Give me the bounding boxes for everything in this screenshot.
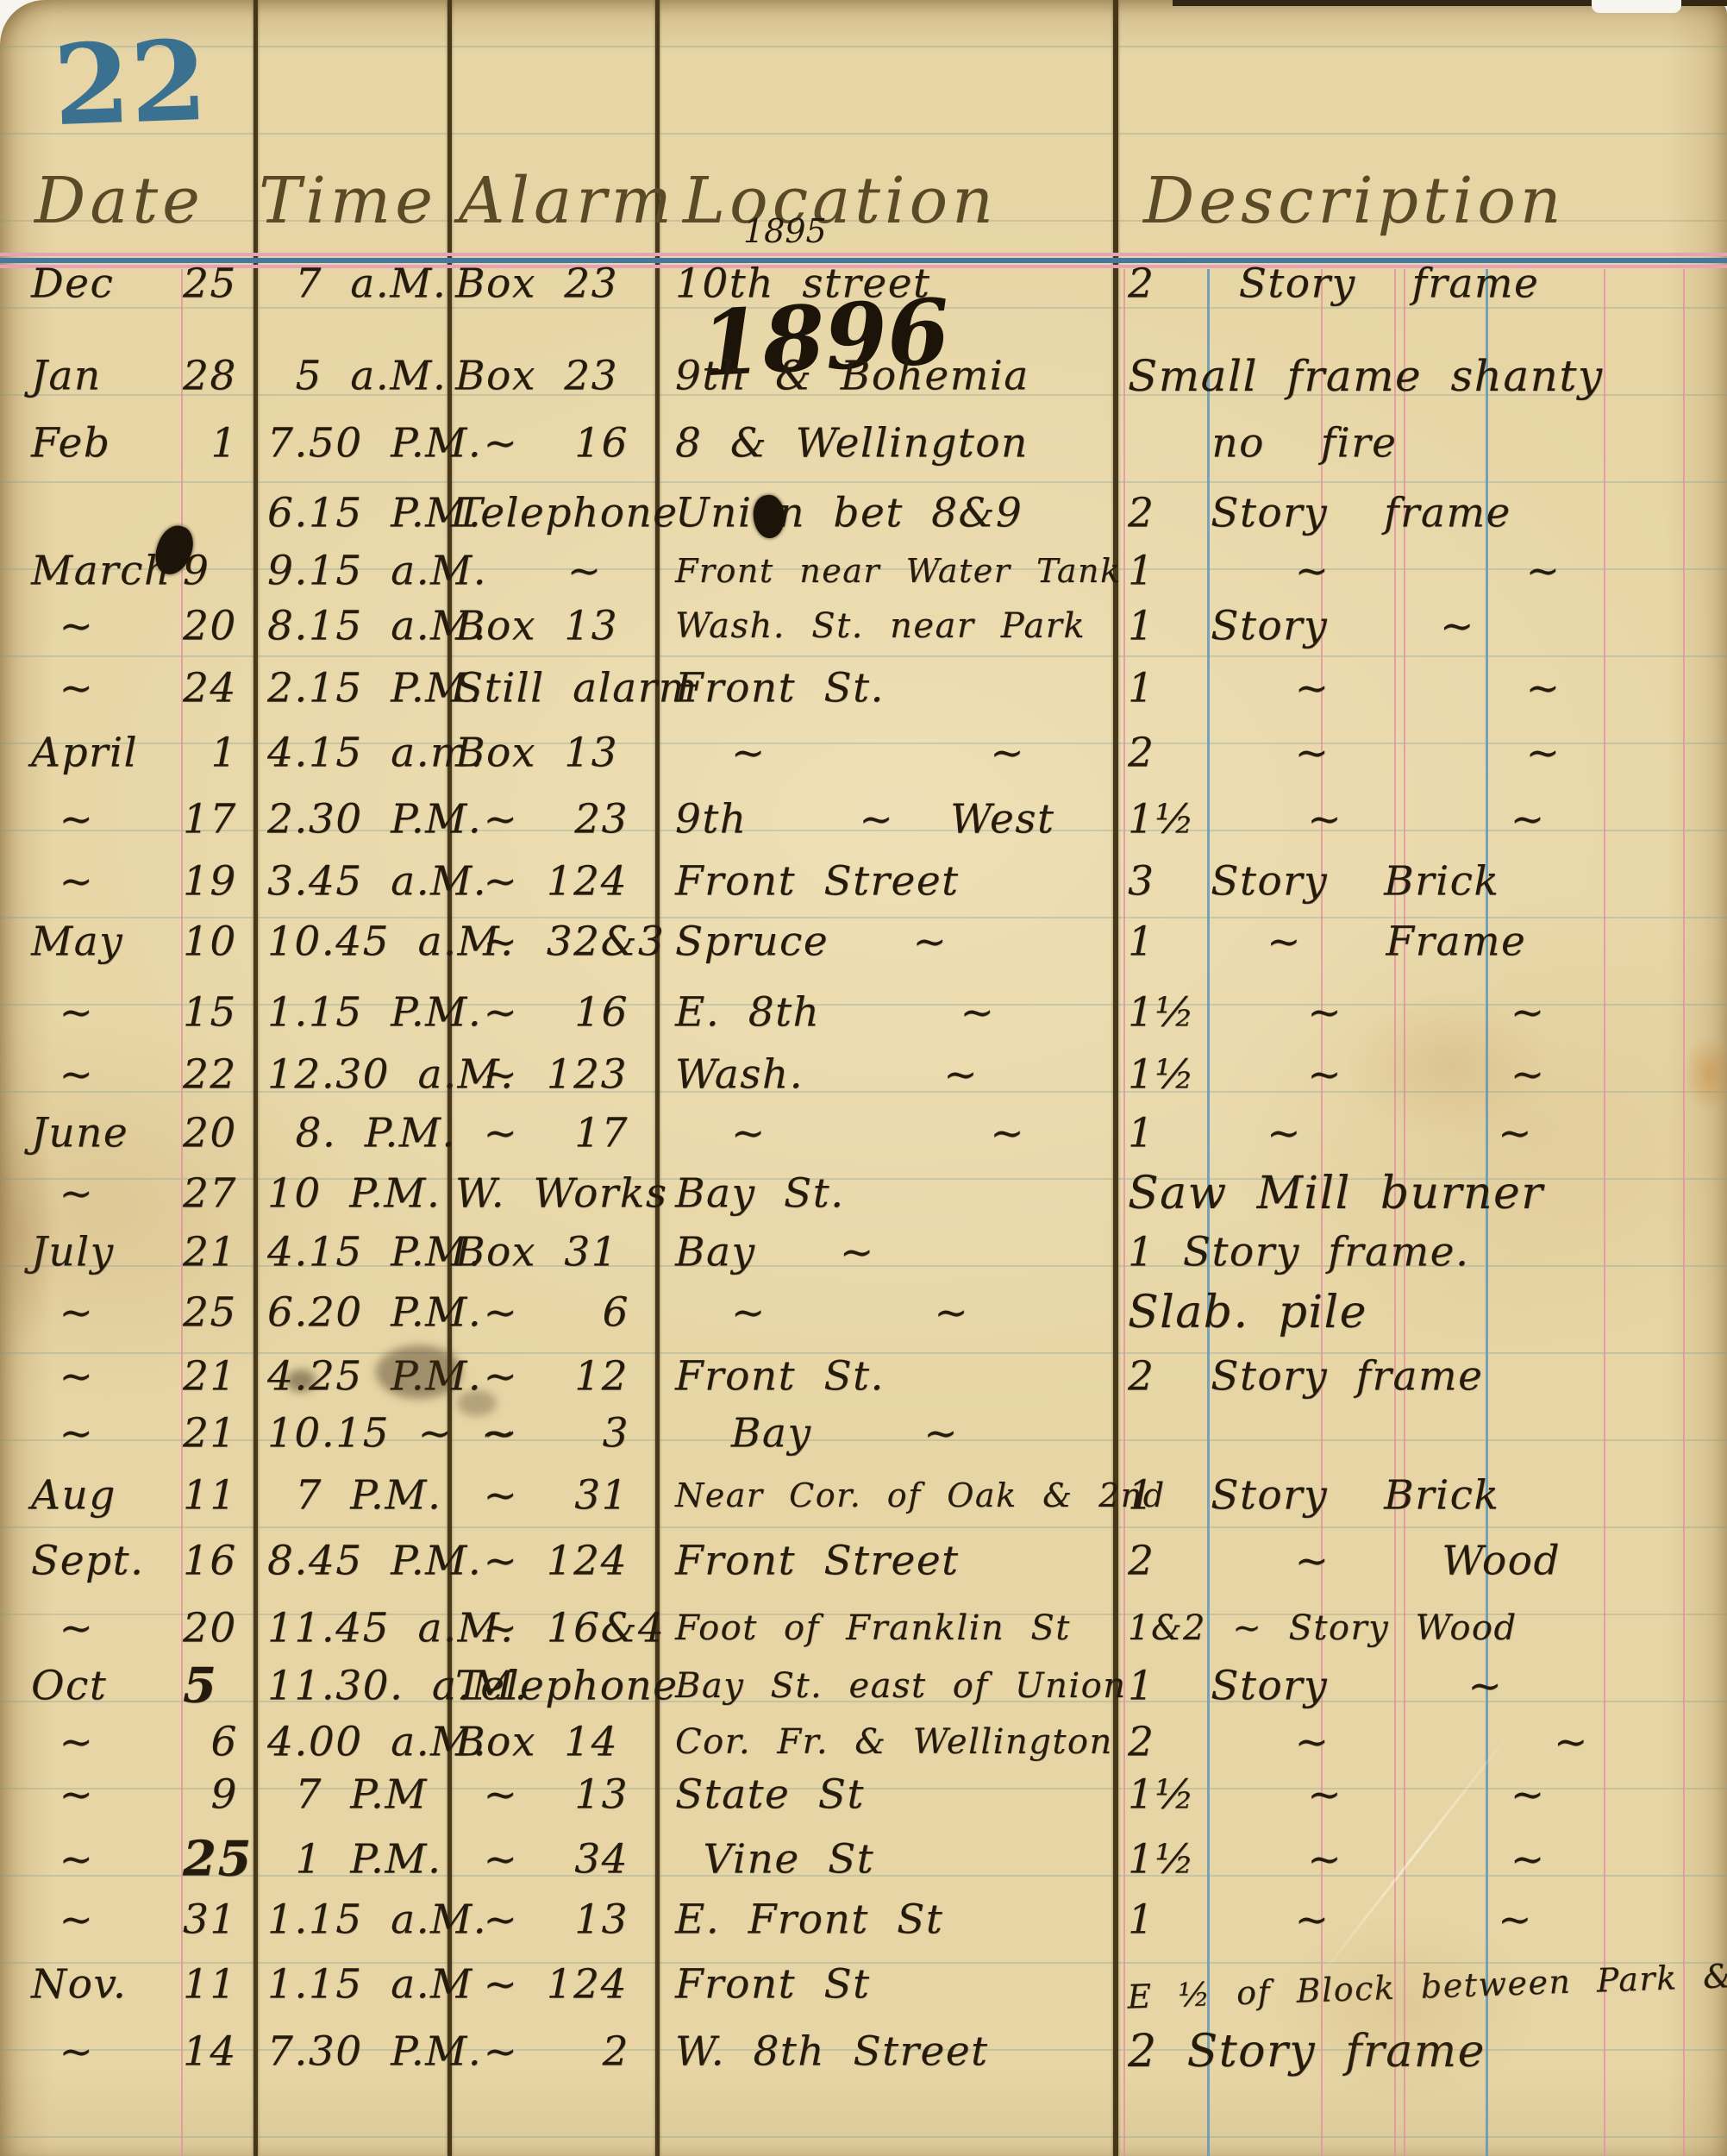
cell-date-month: ~ [31,1718,94,1765]
column-header-location: Location [683,164,998,238]
cell-location: E. Front St [675,1896,943,1943]
cell-description: 1½ ~ ~ [1128,1835,1546,1883]
cell-location: Wash. ~ [675,1050,979,1098]
cell-alarm: ~ 124 [455,857,628,905]
scan-edge-notch [1592,0,1681,13]
cell-location: Bay St. [675,1169,845,1217]
cell-description: 2 ~ ~ [1128,729,1561,776]
cell-time: 4.00 a.M. [267,1718,487,1765]
cell-alarm: ~ 13 [455,1771,629,1818]
cell-location: Front St. [675,1352,885,1400]
cell-time: 4.15 P.M. [267,1228,482,1275]
cell-location: Wash. St. near Park [675,606,1086,646]
cell-date-month: April [31,729,138,776]
cell-description: 1 ~ ~ [1128,547,1561,594]
cell-date-day: 28 [183,352,237,399]
cell-date-month: ~ [31,1169,94,1217]
cell-location: 10th street [675,260,930,307]
cell-alarm: ~ 32&3 [455,918,665,965]
cell-date-month: ~ [31,988,94,1036]
ledger-row: ~ 9 7 P.M ~ 13 State St 1½ ~ ~ [0,1761,1727,1830]
cell-description: 2 ~ Wood [1128,1537,1561,1584]
cell-location: Bay St. east of Union [675,1666,1127,1706]
ledger-row: June 20 8. P.M. ~ 17 ~ ~ 1 ~ ~ [0,1100,1727,1169]
cell-date-day: 25 [183,1831,253,1888]
cell-time: 8. P.M. [267,1109,456,1156]
cell-location: Near Cor. of Oak & 2nd [675,1476,1166,1514]
cell-alarm: ~ 16&4 [455,1604,665,1651]
cell-date-day: 17 [183,795,237,843]
cell-date-day: 20 [183,1109,237,1156]
cell-time: 10 P.M. [267,1169,441,1217]
cell-location: Cor. Fr. & Wellington [675,1722,1113,1762]
cell-time: 2.15 P.M. [267,664,482,711]
cell-date-month: ~ [31,664,94,711]
cell-time: 3.45 a.M. [267,857,487,905]
cell-description: 1 Story ~ [1128,1662,1503,1709]
cell-date-month: Sept. [31,1537,144,1584]
cell-description: 2 Story frame [1128,489,1511,536]
cell-location: Foot of Franklin St [675,1608,1071,1648]
ledger-row: July 21 4.15 P.M. Box 31 Bay ~ 1 Story f… [0,1219,1727,1288]
cell-alarm: ~ 16 [455,419,629,467]
cell-time: 9.15 a.M. [267,547,487,594]
cell-date-month: ~ [31,857,94,905]
ledger-row: ~ 21 10.15 ~ ~ ~ 3 Bay ~ [0,1400,1727,1469]
ledger-row: ~ 15 1.15 P.M. ~ 16 E. 8th ~ 1½ ~ ~ [0,979,1727,1048]
cell-description: 1½ ~ ~ [1128,1050,1546,1098]
paper: 22 Date Time Alarm Location Description … [0,0,1727,2156]
cell-description: 1 ~ ~ [1128,664,1561,711]
ledger-row: ~ 31 1.15 a.M. ~ 13 E. Front St 1 ~ ~ [0,1886,1727,1955]
cell-location: Front Street [675,1537,960,1584]
ink-smudge [376,1345,462,1399]
cell-location: Vine St [675,1835,874,1883]
cell-date-month: Feb [31,419,110,467]
cell-date-month: ~ [31,1896,94,1943]
cell-date-day: 24 [183,664,237,711]
cell-date-day: 19 [183,857,237,905]
cell-alarm: ~ 17 [455,1109,629,1156]
cell-date-month: ~ [31,1050,94,1098]
cell-alarm: ~ 124 [455,1537,628,1584]
cell-description: 1½ ~ ~ [1128,795,1546,843]
ledger-row: ~ 25 1 P.M. ~ 34 Vine St 1½ ~ ~ [0,1826,1727,1895]
cell-alarm: Box 13 [455,602,618,649]
cell-time: 6.20 P.M. [267,1288,482,1336]
year-marker-1895: 1895 [743,212,827,250]
cell-alarm: Telephone [455,1662,679,1709]
cell-time: 8.15 a.M. [267,602,487,649]
cell-date-month: March [31,547,172,594]
cell-date-day: 25 [183,260,237,307]
cell-date-day: 6 [183,1718,238,1765]
cell-location: Front St [675,1960,871,2008]
cell-date-day: 11 [183,1471,237,1519]
cell-location: ~ ~ [675,1109,1025,1156]
cell-date-month: Jan [31,352,102,399]
cell-date-month: Oct [31,1662,107,1709]
cell-date-month: ~ [31,1835,94,1883]
cell-description: 2 Story frame [1128,1352,1483,1400]
ledger-row: ~ 20 8.15 a.M. Box 13 Wash. St. near Par… [0,592,1727,661]
cell-location: ~ ~ [675,729,1025,776]
cell-location: Front St. [675,664,885,711]
cell-date-month: June [31,1109,128,1156]
cell-description: 1 Story ~ [1128,602,1475,649]
column-header-description: Description [1143,164,1566,238]
cell-location: Spruce ~ [675,918,948,965]
cell-date-month: ~ [31,1288,94,1336]
cell-alarm: Box 14 [455,1718,618,1765]
cell-date-day: 15 [183,988,237,1036]
scanned-ledger-page: 22 Date Time Alarm Location Description … [0,0,1727,2156]
cell-location: State St [675,1771,865,1818]
cell-date-day: 11 [183,1960,237,2008]
cell-time: 1 P.M. [267,1835,441,1883]
cell-description: 2 Story frame [1128,260,1539,307]
column-header-date: Date [34,164,204,238]
cell-time: 5 a.M. [267,352,447,399]
cell-date-month: ~ [31,1352,94,1400]
cell-location: Front near Water Tank [675,552,1122,590]
cell-date-month: ~ [31,2028,94,2075]
cell-date-day: 1 [183,419,238,467]
cell-description: 1 ~ ~ [1128,1896,1533,1943]
cell-description: 1&2 ~ Story Wood [1128,1608,1517,1648]
cell-time: 1.15 a.M. [267,1896,487,1943]
cell-location: W. 8th Street [675,2028,989,2075]
cell-date-month: ~ [31,602,94,649]
cell-date-day: 27 [183,1169,237,1217]
ledger-row: Feb 1 7.50 P.M. ~ 16 8 & Wellington no f… [0,410,1727,479]
cell-location: Front Street [675,857,960,905]
cell-location: E. 8th ~ [675,988,995,1036]
ledger-row: ~ 14 7.30 P.M. ~ 2 W. 8th Street 2 Story… [0,2018,1727,2087]
cell-alarm: ~ 13 [455,1896,629,1943]
cell-location: Union bet 8&9 [675,489,1023,536]
cell-time: 6.15 P.M. [267,489,482,536]
cell-time: 4.15 a.m. [267,729,485,776]
cell-location: Bay ~ [675,1409,959,1457]
cell-date-month: July [31,1228,115,1275]
cell-date-month: Aug [31,1471,116,1519]
cell-location: 9th & Bohemia [675,352,1029,399]
cell-alarm: ~ 124 [455,1960,628,2008]
cell-time: 7 P.M [267,1771,428,1818]
ledger-row: May 10 10.45 a.M. ~ 32&3 Spruce ~ 1 ~ Fr… [0,908,1727,977]
cell-alarm: ~ 23 [455,795,629,843]
cell-date-day: 21 [183,1228,237,1275]
cell-description: Saw Mill burner [1128,1168,1544,1219]
ledger-row: Sept. 16 8.45 P.M. ~ 124 Front Street 2 … [0,1527,1727,1596]
cell-description: 2 Story frame [1128,2026,1486,2078]
cell-date-month: ~ [31,1409,94,1457]
cell-description: 1 ~ Frame [1128,918,1526,965]
cell-alarm: Box 13 [455,729,618,776]
cell-date-day: 1 [183,729,238,776]
cell-alarm: Box 23 [455,352,618,399]
cell-description: Small frame shanty [1128,351,1604,401]
cell-date-day: 16 [183,1537,237,1584]
cell-alarm: ~ [455,547,603,594]
cell-description: Slab. pile [1128,1287,1367,1338]
cell-date-month: May [31,918,123,965]
cell-time: 1.15 a.M [267,1960,473,2008]
ledger-row: ~ 24 2.15 P.M. Still alarm Front St. 1 ~… [0,655,1727,724]
cell-description: 1 ~ ~ [1128,1109,1533,1156]
cell-description: 1 Story frame. [1128,1228,1469,1275]
cell-alarm: ~ 31 [455,1471,629,1519]
cell-date-month: ~ [31,1604,94,1651]
cell-time: 1.15 P.M. [267,988,482,1036]
cell-time: 7 P.M. [267,1471,441,1519]
cell-alarm: ~ 2 [455,2028,629,2075]
page-number: 22 [51,16,209,151]
cell-description: 3 Story Brick [1128,857,1499,905]
cell-alarm: ~ 6 [455,1288,629,1336]
ink-smudge [457,1390,497,1416]
cell-date-day: 9 [183,1771,238,1818]
cell-alarm: Telephone [455,489,679,536]
cell-date-month: Nov. [31,1960,127,2008]
cell-date-day: 20 [183,602,237,649]
cell-date-day: 20 [183,1604,237,1651]
cell-date-day: 31 [183,1896,237,1943]
cell-time: 7.30 P.M. [267,2028,482,2075]
cell-location: 9th ~ West [675,795,1054,843]
ledger-row: ~ 19 3.45 a.M. ~ 124 Front Street 3 Stor… [0,848,1727,917]
cell-date-month: ~ [31,1771,94,1818]
cell-alarm: W. Works [455,1169,667,1217]
cell-date-day: 10 [183,918,237,965]
ink-smudge [286,1369,316,1392]
cell-date-day: 21 [183,1352,237,1400]
cell-location: 8 & Wellington [675,419,1029,467]
cell-date-day: 22 [183,1050,237,1098]
cell-description: 2 ~ ~ [1128,1718,1589,1765]
ledger-row: Jan 28 5 a.M. Box 23 9th & Bohemia Small… [0,342,1727,411]
cell-description: 1½ ~ ~ [1128,988,1546,1036]
cell-date-day: 21 [183,1409,237,1457]
ledger-row: Aug 11 7 P.M. ~ 31 Near Cor. of Oak & 2n… [0,1462,1727,1531]
cell-location: ~ ~ [675,1288,969,1336]
ledger-row: Nov. 11 1.15 a.M ~ 124 Front St E ½ of B… [0,1951,1727,2020]
ledger-row: ~ 25 6.20 P.M. ~ 6 ~ ~ Slab. pile [0,1279,1727,1348]
cell-alarm: ~ 16 [455,988,629,1036]
cell-alarm: Box 23 [455,260,618,307]
cell-description: 1 Story Brick [1128,1471,1499,1519]
ledger-row: Dec 25 7 a.M. Box 23 10th street 2 Story… [0,250,1727,319]
cell-time: 7 a.M. [267,260,447,307]
cell-alarm: ~ 34 [455,1835,629,1883]
cell-date-day: 25 [183,1288,237,1336]
cell-date-day: 14 [183,2028,237,2075]
cell-alarm: Box 31 [455,1228,618,1275]
cell-description: E ½ of Block between Park & Cass [1127,1953,1727,2016]
cell-time: 7.50 P.M. [267,419,482,467]
ledger-row: April 1 4.15 a.m. Box 13 ~ ~ 2 ~ ~ [0,719,1727,788]
cell-alarm: ~ 3 [455,1409,629,1457]
cell-alarm: ~ 123 [455,1050,628,1098]
cell-time: 2.30 P.M. [267,795,482,843]
cell-description: 1½ ~ ~ [1128,1771,1546,1818]
cell-location: Bay ~ [675,1228,875,1275]
cell-date-day: 5 [183,1658,217,1714]
ledger-row: ~ 17 2.30 P.M. ~ 23 9th ~ West 1½ ~ ~ [0,786,1727,855]
cell-date-month: ~ [31,795,94,843]
column-header-alarm: Alarm [459,164,676,238]
cell-alarm: Still alarm [455,664,698,711]
cell-description: no fire [1128,419,1397,467]
cell-time: 8.45 P.M. [267,1537,482,1584]
cell-date-month: Dec [31,260,114,307]
column-header-time: Time [259,164,437,238]
